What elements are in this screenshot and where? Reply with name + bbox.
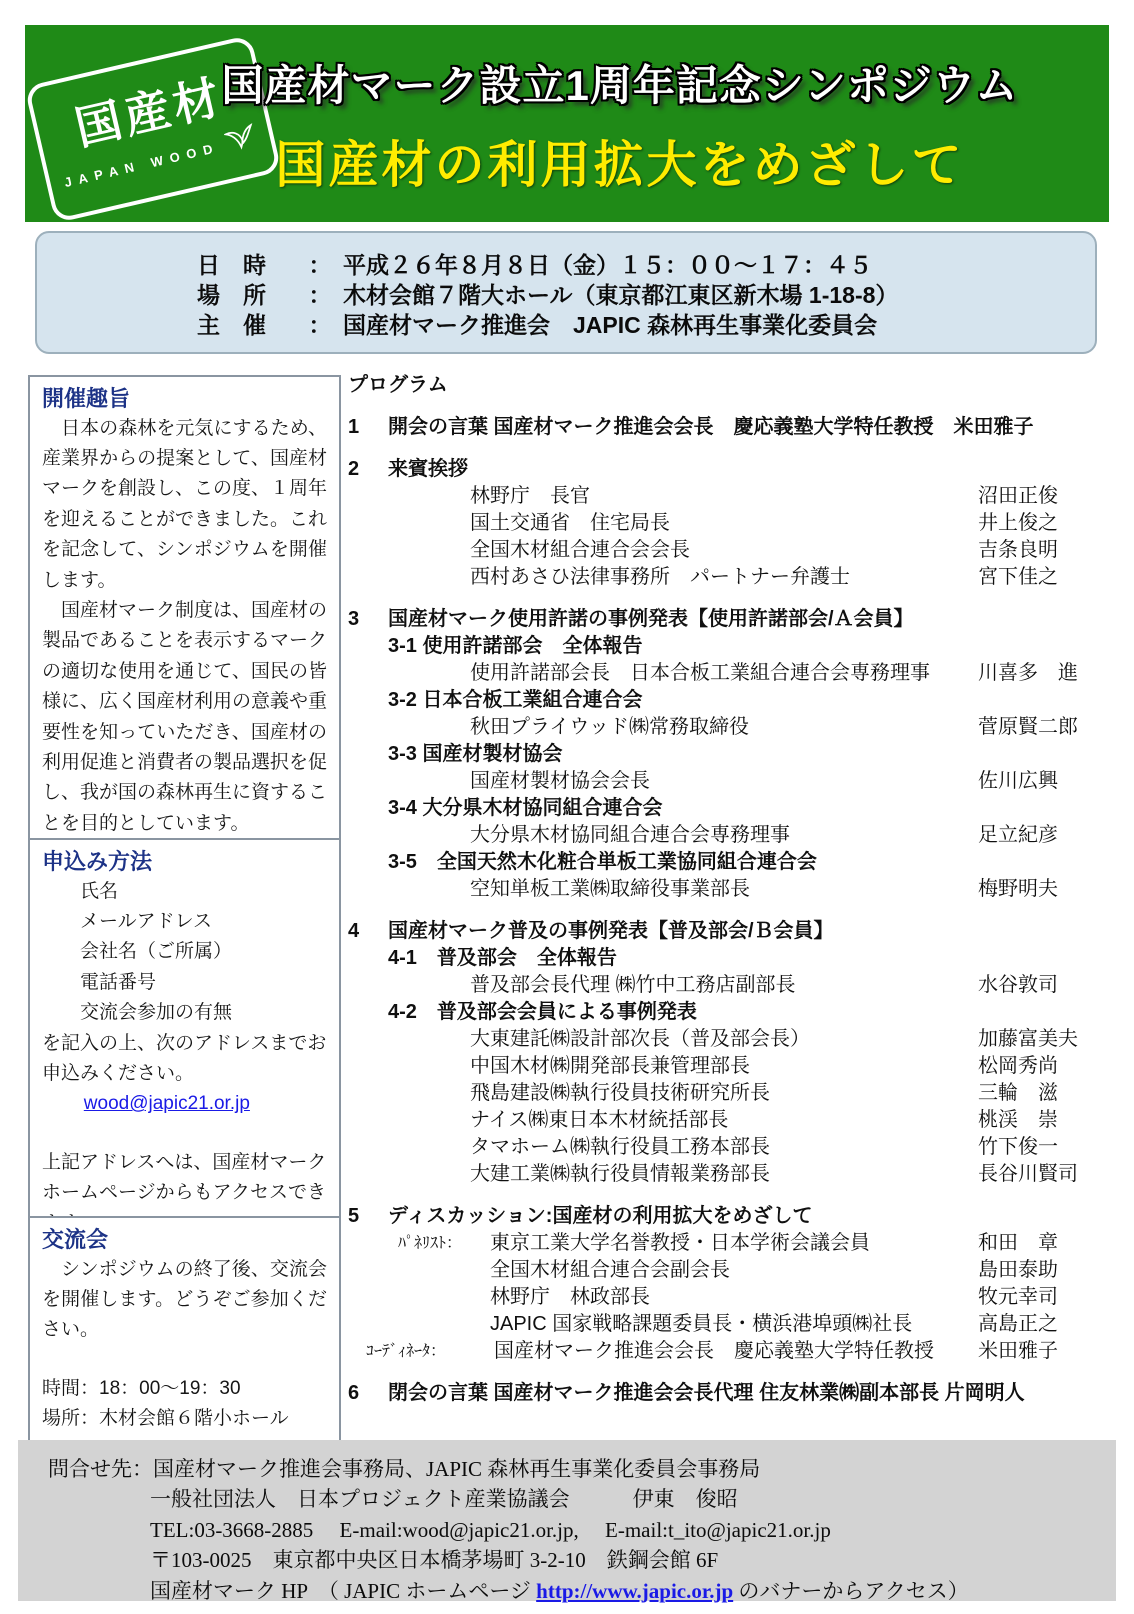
speaker-role: 中国木材㈱開発部長兼管理部長 (470, 1053, 978, 1080)
speaker-row: 使用許諾部会長 日本合板工業組合連合会専務理事 川喜多 進 (470, 660, 1118, 687)
subitem-label: 3-4 大分県木材協同組合連合会 (388, 795, 1118, 822)
panelist-name: 島田泰助 (978, 1257, 1118, 1284)
info-row-organizer: 主 催 ： 国産材マーク推進会 JAPIC 森林再生事業化委員会 (197, 310, 1095, 340)
info-separator: ： (297, 280, 343, 310)
japic-homepage-link[interactable]: http://www.japic.or.jp (536, 1579, 733, 1603)
contact-footer: 問合せ先：国産材マーク推進会事務局、JAPIC 森林再生事業化委員会事務局 一般… (18, 1440, 1116, 1601)
speaker-role: 空知単板工業㈱取締役事業部長 (470, 876, 978, 903)
panelist-name: 牧元幸司 (978, 1284, 1118, 1311)
coordinator-name: 米田雅子 (978, 1338, 1118, 1365)
spacer (42, 1346, 327, 1374)
info-value-place: 木材会館７階大ホール（東京都江東区新木場 1-18-8） (343, 280, 898, 310)
item-text: 閉会の言葉 国産材マーク推進会会長代理 住友林業㈱副本部長 片岡明人 (388, 1380, 1025, 1407)
program-item-3-heading: 3 国産材マーク使用許諾の事例発表【使用許諾部会/Ａ会員】 (348, 606, 1118, 633)
subitem-label: 3-1 使用許諾部会 全体報告 (388, 633, 1118, 660)
item-text: 国産材マーク使用許諾の事例発表【使用許諾部会/Ａ会員】 (388, 606, 914, 633)
speaker-name: 宮下佳之 (978, 564, 1118, 591)
speaker-name: 梅野明夫 (978, 876, 1118, 903)
subitem-label: 3-5 全国天然木化粧合単板工業協同組合連合会 (388, 849, 1118, 876)
speaker-name: 水谷敦司 (978, 972, 1118, 999)
item-number: 1 (348, 414, 388, 441)
program-item-5-heading: 5 ディスカッション:国産材の利用拡大をめざして (348, 1203, 1118, 1230)
application-instruction: を記入の上、次のアドレスまでお申込みください。 (42, 1029, 327, 1090)
speaker-row: 中国木材㈱開発部長兼管理部長 松岡秀尚 (470, 1053, 1118, 1080)
speaker-role: 使用許諾部会長 日本合板工業組合連合会専務理事 (470, 660, 978, 687)
item-text: 来賓挨拶 (388, 456, 468, 483)
subitem-label: 4-1 普及部会 全体報告 (388, 945, 1118, 972)
speaker-role: 国土交通省 住宅局長 (470, 510, 978, 537)
social-box: 交流会 シンポジウムの終了後、交流会を開催します。どうぞご参加ください。 時間：… (28, 1216, 341, 1449)
speaker-role: 秋田プライウッド㈱常務取締役 (470, 714, 978, 741)
application-field-phone: 電話番号 (42, 968, 327, 998)
panelist-role: 林野庁 林政部長 (490, 1284, 978, 1311)
program-item-4: 4 国産材マーク普及の事例発表【普及部会/Ｂ会員】 4-1 普及部会 全体報告 … (348, 918, 1118, 1188)
panelist-name: 高島正之 (978, 1311, 1118, 1338)
speaker-row: 空知単板工業㈱取締役事業部長 梅野明夫 (470, 876, 1118, 903)
application-box: 申込み方法 氏名 メールアドレス 会社名（ご所属） 電話番号 交流会参加の有無 … (28, 838, 341, 1253)
program-item-1-heading: 1 開会の言葉 国産材マーク推進会会長 慶応義塾大学特任教授 米田雅子 (348, 414, 1118, 441)
subitem-label: 4-2 普及部会会員による事例発表 (388, 999, 1118, 1026)
speaker-name: 沼田正俊 (978, 483, 1118, 510)
program-item-3: 3 国産材マーク使用許諾の事例発表【使用許諾部会/Ａ会員】 3-1 使用許諾部会… (348, 606, 1118, 903)
speaker-row: 秋田プライウッド㈱常務取締役 菅原賢二郎 (470, 714, 1118, 741)
item-number: 6 (348, 1380, 388, 1407)
panelist-row: 林野庁 林政部長 牧元幸司 (398, 1284, 1118, 1311)
item-number: 5 (348, 1203, 388, 1230)
speaker-row: 林野庁 長官 沼田正俊 (470, 483, 1118, 510)
speaker-name: 川喜多 進 (978, 660, 1118, 687)
speaker-row: 飛島建設㈱執行役員技術研究所長 三輪 滋 (470, 1080, 1118, 1107)
info-row-place: 場 所 ： 木材会館７階大ホール（東京都江東区新木場 1-18-8） (197, 280, 1095, 310)
purpose-title: 開催趣旨 (42, 385, 327, 414)
speaker-role: 林野庁 長官 (470, 483, 978, 510)
panelist-row: ﾊﾟﾈﾘｽﾄ： 東京工業大学名誉教授・日本学術会議会員 和田 章 (398, 1230, 1118, 1257)
contact-line-5-post: のバナーからアクセス） (733, 1579, 969, 1603)
item-text: 国産材マーク普及の事例発表【普及部会/Ｂ会員】 (388, 918, 834, 945)
panelist-role: JAPIC 国家戦略課題委員長・横浜港埠頭㈱社長 (490, 1311, 978, 1338)
program-item-2-heading: 2 来賓挨拶 (348, 456, 1118, 483)
purpose-box: 開催趣旨 日本の森林を元気にするため、産業界からの提案として、国産材マークを創設… (28, 375, 341, 853)
speaker-row: 普及部会長代理 ㈱竹中工務店副部長 水谷敦司 (470, 972, 1118, 999)
speaker-name: 足立紀彦 (978, 822, 1118, 849)
speaker-name: 三輪 滋 (978, 1080, 1118, 1107)
contact-line-2: 一般社団法人 日本プロジェクト産業協議会 伊東 俊昭 (48, 1484, 1106, 1514)
event-info-box: 日 時 ： 平成２６年８月８日（金）１５：００～１７：４５ 場 所 ： 木材会館… (35, 231, 1097, 354)
speaker-row: 国産材製材協会会長 佐川広興 (470, 768, 1118, 795)
panelist-role: 東京工業大学名誉教授・日本学術会議会員 (490, 1230, 978, 1257)
speaker-row: 大建工業㈱執行役員情報業務部長 長谷川賢司 (470, 1161, 1118, 1188)
speaker-role: 飛島建設㈱執行役員技術研究所長 (470, 1080, 978, 1107)
speaker-row: ナイス㈱東日本木材統括部長 桃渓 崇 (470, 1107, 1118, 1134)
subitem-label: 3-3 国産材製材協会 (388, 741, 1118, 768)
info-value-datetime: 平成２６年８月８日（金）１５：００～１７：４５ (343, 250, 872, 280)
contact-line-1: 問合せ先：国産材マーク推進会事務局、JAPIC 森林再生事業化委員会事務局 (48, 1454, 1106, 1484)
info-separator: ： (297, 250, 343, 280)
speaker-name: 井上俊之 (978, 510, 1118, 537)
coordinator-label: ｺｰﾃﾞｨﾈｰﾀ： (366, 1338, 494, 1365)
social-place: 場所：木材会館６階小ホール (42, 1404, 327, 1434)
flyer-page: 国産材 JAPAN WOOD 国産材マーク設立1周年記念シンポジウム 国産材の利… (0, 0, 1134, 1614)
speaker-role: ナイス㈱東日本木材統括部長 (470, 1107, 978, 1134)
speaker-row: 国土交通省 住宅局長 井上俊之 (470, 510, 1118, 537)
speaker-role: 大建工業㈱執行役員情報業務部長 (470, 1161, 978, 1188)
speaker-role: 大分県木材協同組合連合会専務理事 (470, 822, 978, 849)
application-field-company: 会社名（ご所属） (42, 937, 327, 967)
speaker-name: 吉条良明 (978, 537, 1118, 564)
program-item-5: 5 ディスカッション:国産材の利用拡大をめざして ﾊﾟﾈﾘｽﾄ： 東京工業大学名… (348, 1203, 1118, 1365)
item-number: 3 (348, 606, 388, 633)
application-field-name: 氏名 (42, 877, 327, 907)
speaker-row: 西村あさひ法律事務所 パートナー弁護士 宮下佳之 (470, 564, 1118, 591)
panelist-role: 全国木材組合連合会副会長 (490, 1257, 978, 1284)
info-label: 場 所 (197, 280, 297, 310)
program-item-1: 1 開会の言葉 国産材マーク推進会会長 慶応義塾大学特任教授 米田雅子 (348, 414, 1118, 441)
speaker-role: 普及部会長代理 ㈱竹中工務店副部長 (470, 972, 978, 999)
header-banner: 国産材 JAPAN WOOD 国産材マーク設立1周年記念シンポジウム 国産材の利… (25, 25, 1109, 222)
contact-line-5-pre: 国産材マーク HP （ JAPIC ホームページ (150, 1579, 536, 1603)
speaker-row: タマホーム㈱執行役員工務本部長 竹下俊一 (470, 1134, 1118, 1161)
speaker-name: 竹下俊一 (978, 1134, 1118, 1161)
info-separator: ： (297, 310, 343, 340)
subitem-label: 3-2 日本合板工業組合連合会 (388, 687, 1118, 714)
panelist-row: JAPIC 国家戦略課題委員長・横浜港埠頭㈱社長 高島正之 (398, 1311, 1118, 1338)
contact-line-3: TEL:03-3668-2885 E-mail:wood@japic21.or.… (48, 1515, 1106, 1545)
social-title: 交流会 (42, 1226, 327, 1255)
social-text: シンポジウムの終了後、交流会を開催します。どうぞご参加ください。 (42, 1255, 327, 1346)
speaker-role: 大東建託㈱設計部次長（普及部会長） (470, 1026, 978, 1053)
item-number: 4 (348, 918, 388, 945)
info-label: 主 催 (197, 310, 297, 340)
program-item-4-heading: 4 国産材マーク普及の事例発表【普及部会/Ｂ会員】 (348, 918, 1118, 945)
symposium-title: 国産材マーク設立1周年記念シンポジウム (155, 53, 1085, 113)
speaker-role: 全国木材組合連合会会長 (470, 537, 978, 564)
program-item-2: 2 来賓挨拶 林野庁 長官 沼田正俊 国土交通省 住宅局長 井上俊之 全国木材組… (348, 456, 1118, 591)
application-title: 申込み方法 (42, 848, 327, 877)
speaker-name: 松岡秀尚 (978, 1053, 1118, 1080)
purpose-paragraph-1: 日本の森林を元気にするため、産業界からの提案として、国産材マークを創設し、この度… (42, 414, 327, 596)
application-field-email: メールアドレス (42, 907, 327, 937)
speaker-name: 長谷川賢司 (978, 1161, 1118, 1188)
social-time: 時間：18：00～19：30 (42, 1374, 327, 1404)
program-item-6-heading: 6 閉会の言葉 国産材マーク推進会会長代理 住友林業㈱副本部長 片岡明人 (348, 1380, 1118, 1407)
contact-line-5: 国産材マーク HP （ JAPIC ホームページ http://www.japi… (48, 1576, 1106, 1606)
speaker-name: 佐川広興 (978, 768, 1118, 795)
info-label: 日 時 (197, 250, 297, 280)
purpose-paragraph-2: 国産材マーク制度は、国産材の製品であることを表示するマークの適切な使用を通じて、… (42, 596, 327, 839)
info-row-datetime: 日 時 ： 平成２６年８月８日（金）１５：００～１７：４５ (197, 250, 1095, 280)
application-email-link[interactable]: wood@japic21.or.jp (84, 1089, 250, 1119)
panelist-label: ﾊﾟﾈﾘｽﾄ： (398, 1230, 490, 1257)
program-section: プログラム 1 開会の言葉 国産材マーク推進会会長 慶応義塾大学特任教授 米田雅… (348, 372, 1118, 1407)
program-title: プログラム (348, 372, 1118, 399)
program-item-6: 6 閉会の言葉 国産材マーク推進会会長代理 住友林業㈱副本部長 片岡明人 (348, 1380, 1118, 1407)
panelist-name: 和田 章 (978, 1230, 1118, 1257)
item-text: 開会の言葉 国産材マーク推進会会長 慶応義塾大学特任教授 米田雅子 (388, 414, 1034, 441)
speaker-name: 菅原賢二郎 (978, 714, 1118, 741)
application-field-social: 交流会参加の有無 (42, 998, 327, 1028)
coordinator-row: ｺｰﾃﾞｨﾈｰﾀ： 国産材マーク推進会会長 慶応義塾大学特任教授 米田雅子 (366, 1338, 1118, 1365)
speaker-role: 西村あさひ法律事務所 パートナー弁護士 (470, 564, 978, 591)
speaker-name: 桃渓 崇 (978, 1107, 1118, 1134)
info-value-organizer: 国産材マーク推進会 JAPIC 森林再生事業化委員会 (343, 310, 877, 340)
speaker-row: 大分県木材協同組合連合会専務理事 足立紀彦 (470, 822, 1118, 849)
speaker-row: 大東建託㈱設計部次長（普及部会長） 加藤富美夫 (470, 1026, 1118, 1053)
symposium-subtitle: 国産材の利用拡大をめざして (155, 125, 1085, 197)
speaker-row: 全国木材組合連合会会長 吉条良明 (470, 537, 1118, 564)
item-number: 2 (348, 456, 388, 483)
item-text: ディスカッション:国産材の利用拡大をめざして (388, 1203, 812, 1230)
coordinator-role: 国産材マーク推進会会長 慶応義塾大学特任教授 (494, 1338, 978, 1365)
speaker-role: 国産材製材協会会長 (470, 768, 978, 795)
speaker-name: 加藤富美夫 (978, 1026, 1118, 1053)
panelist-row: 全国木材組合連合会副会長 島田泰助 (398, 1257, 1118, 1284)
speaker-role: タマホーム㈱執行役員工務本部長 (470, 1134, 978, 1161)
contact-line-4: 〒103-0025 東京都中央区日本橋茅場町 3-2-10 鉄鋼会館 6F (48, 1545, 1106, 1575)
